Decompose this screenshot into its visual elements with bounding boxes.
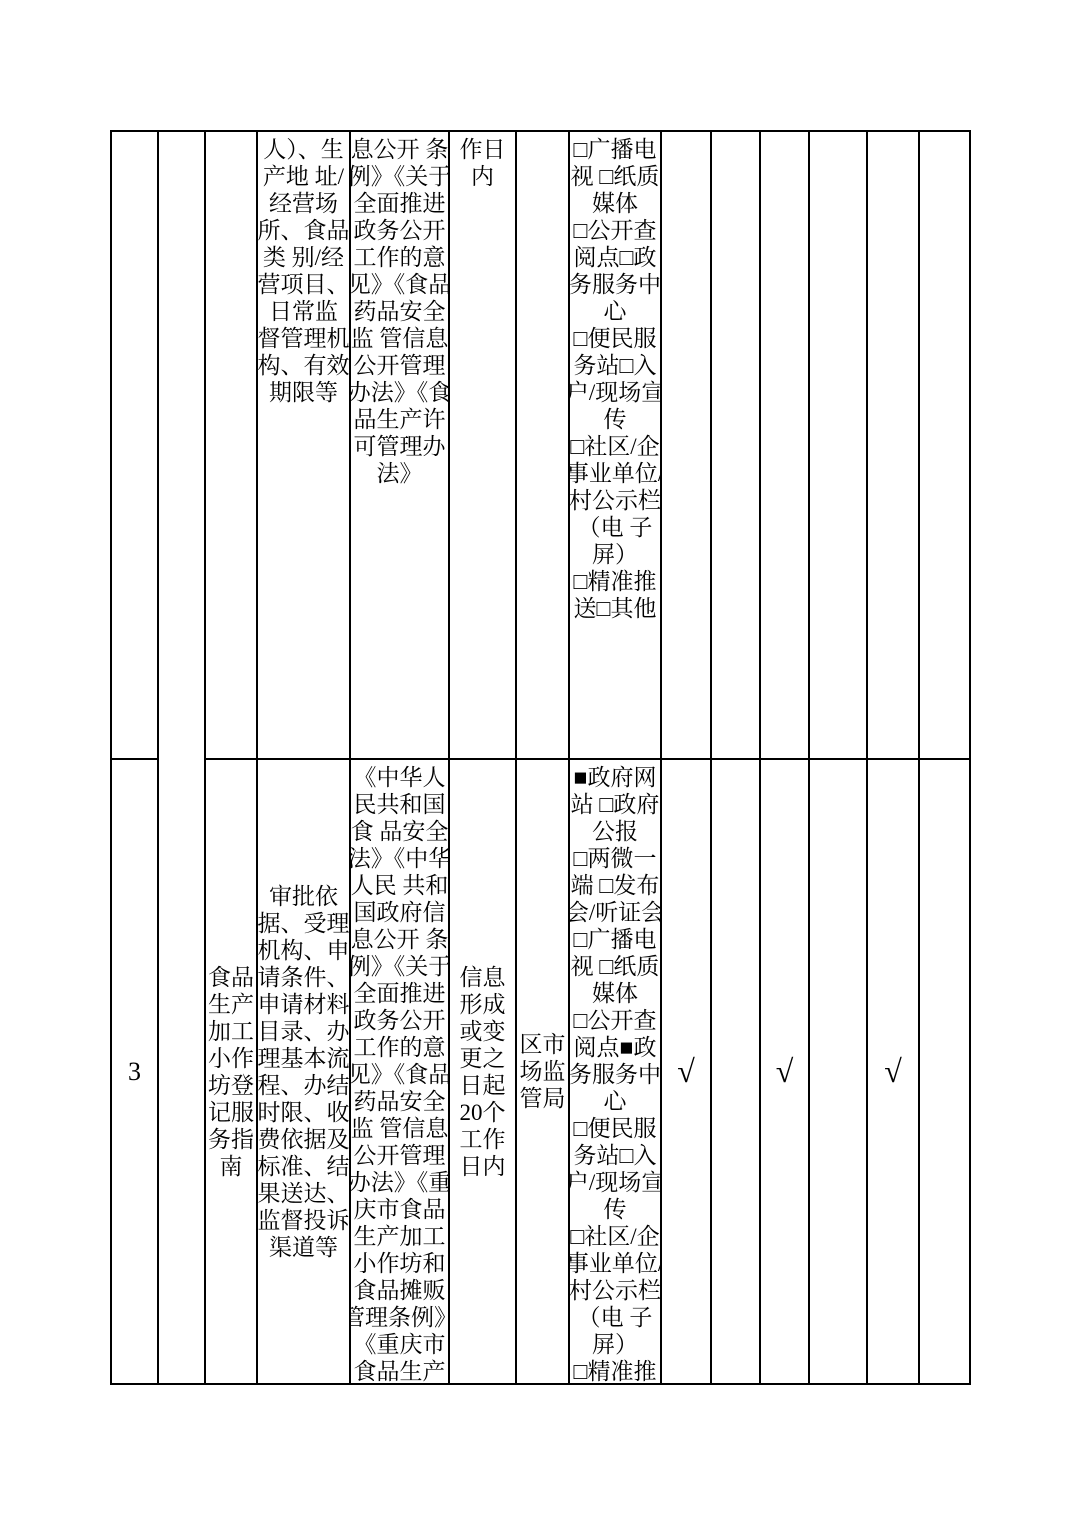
cell-continued-col12-empty xyxy=(810,132,868,760)
cell-row3-legal-basis: 《中华人 民共和国 食 品安全 法》《中华 人民 共和 国政府信 息公开 条 例… xyxy=(351,760,450,1383)
cell-row3-col14-empty xyxy=(920,760,969,1383)
cell-continued-legal-basis: 息公开 条 例》《关于 全面推进 政务公开 工作的意 见》《食品 药品安全 监 … xyxy=(351,132,450,760)
cell-continued-time-limit: 作日 内 xyxy=(450,132,517,760)
cell-continued-col11-empty xyxy=(761,132,810,760)
cell-continued-channels-checkboxes: □广播电 视 □纸质 媒体 □公开查 阅点□政 务服务中 心 □便民服 务站□入… xyxy=(570,132,662,760)
cell-row3-col12-empty xyxy=(810,760,868,1383)
cell-row3-check-col11-checkmark: √ xyxy=(761,760,810,1383)
document-page: 人）、生 产地 址/ 经营场 所、食品 类 别/经 营项目、 日常监 督管理机 … xyxy=(0,0,1074,1520)
cell-item-continued-empty xyxy=(206,132,258,760)
cell-continued-col13-empty xyxy=(868,132,920,760)
cell-continued-agency-empty xyxy=(517,132,570,760)
cell-continued-disclosure-content: 人）、生 产地 址/ 经营场 所、食品 类 别/经 营项目、 日常监 督管理机 … xyxy=(258,132,351,760)
cell-continued-col10-empty xyxy=(712,132,761,760)
cell-continued-col14-empty xyxy=(920,132,969,760)
cell-category-merged-empty xyxy=(159,132,206,1383)
cell-row3-col10-empty xyxy=(712,760,761,1383)
cell-row3-disclosure-content: 审批依 据、受理 机构、申 请条件、 申请材料 目录、办 理基本流 程、办结 时… xyxy=(258,760,351,1383)
disclosure-catalog-table: 人）、生 产地 址/ 经营场 所、食品 类 别/经 营项目、 日常监 督管理机 … xyxy=(110,130,971,1385)
cell-row3-check-col9-checkmark: √ xyxy=(662,760,712,1383)
cell-row3-time-limit: 信息 形成 或变 更之 日起 20个 工作 日内 xyxy=(450,760,517,1383)
cell-seq-continued-empty xyxy=(112,132,159,760)
cell-row3-channels-checkboxes: ■政府网 站 □政府 公报 □两微一 端 □发布 会/听证会 □广播电 视 □纸… xyxy=(570,760,662,1383)
cell-row3-item-name: 食品 生产 加工 小作 坊登 记服 务指 南 xyxy=(206,760,258,1383)
cell-row3-seq: 3 xyxy=(112,760,159,1383)
cell-continued-col9-empty xyxy=(662,132,712,760)
cell-row3-check-col13-checkmark: √ xyxy=(868,760,920,1383)
cell-row3-agency: 区市 场监 管局 xyxy=(517,760,570,1383)
